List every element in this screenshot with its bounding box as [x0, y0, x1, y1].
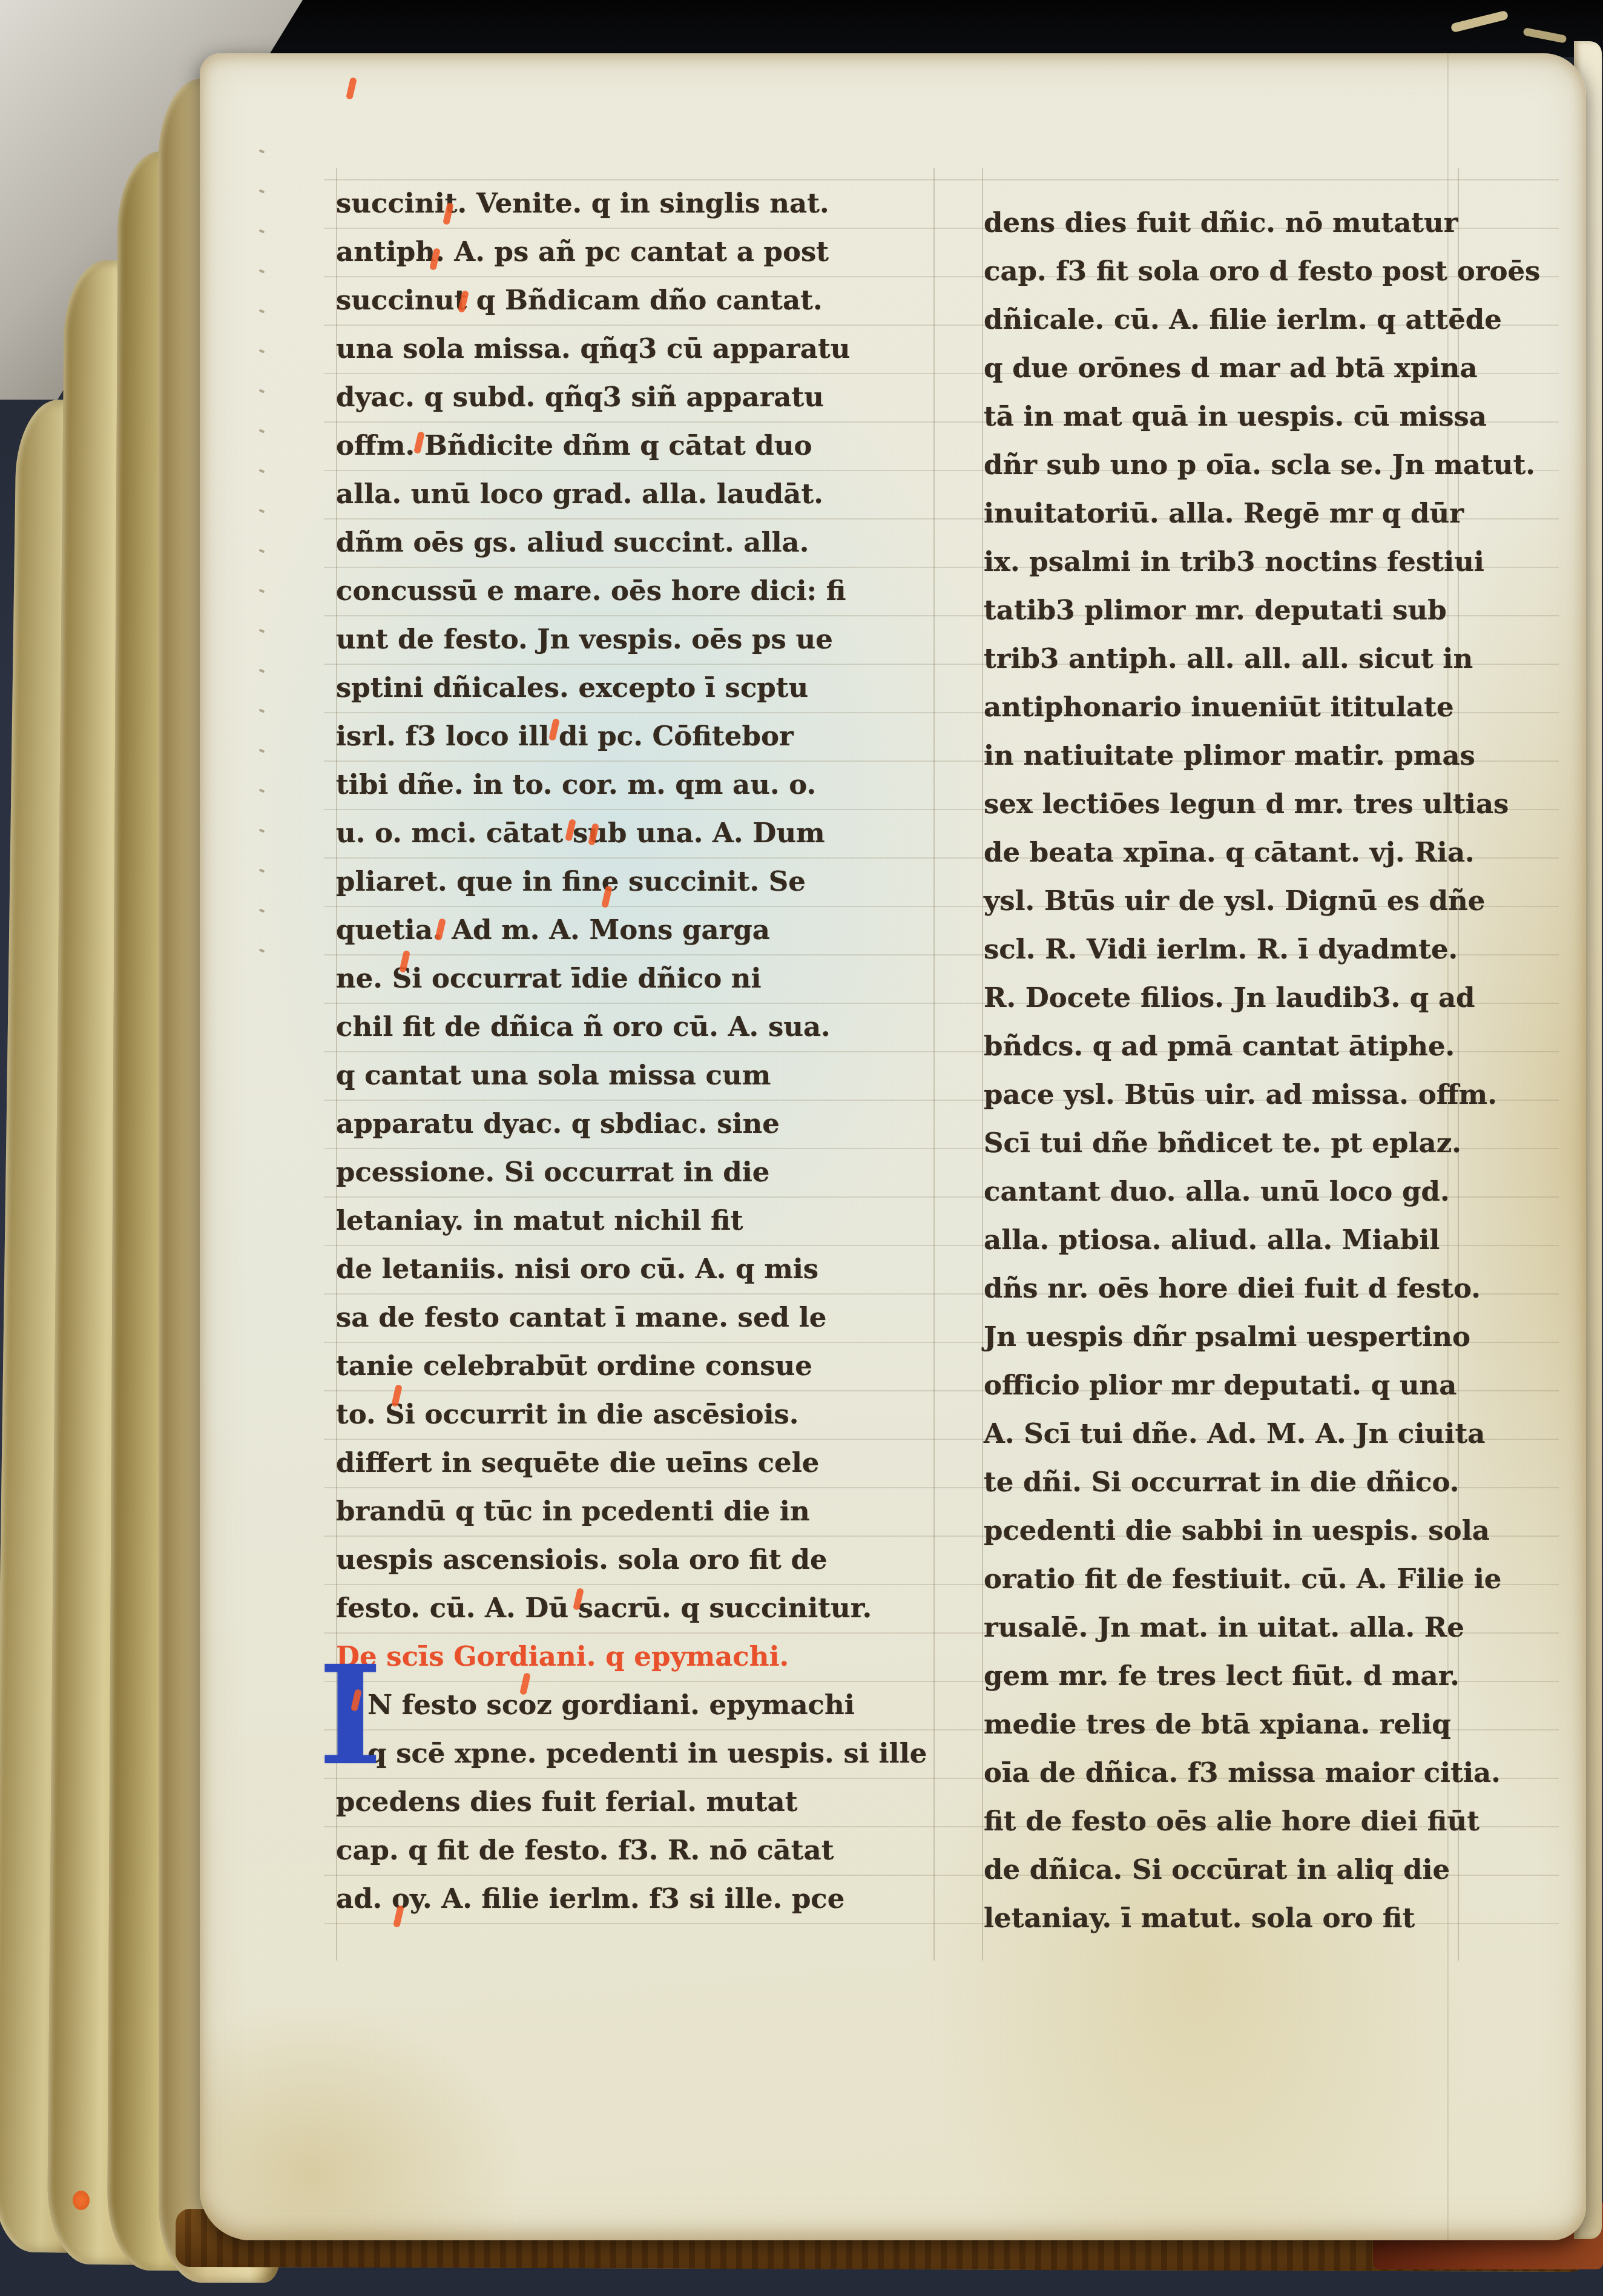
text-line: ix. psalmi in trib3 noctins festiui [984, 538, 1550, 586]
prick-mark [259, 509, 265, 513]
text-line: apparatu dyac. q sbdiac. sine [336, 1100, 938, 1148]
text-line: tibi dñe. in to. cor. m. qm au. o. [336, 760, 938, 809]
prick-mark [259, 868, 265, 873]
rubrication-mark [346, 77, 357, 100]
text-line: R. Docete filios. Jn laudib3. q ad [984, 974, 1550, 1022]
prick-mark [259, 269, 265, 273]
text-line: ad. oy. A. filie ierlm. f3 si ille. pce [336, 1875, 938, 1923]
text-line: pcedens dies fuit ferial. mutat [336, 1778, 938, 1826]
text-line: bñdcs. q ad pmā cantat ātiphe. [984, 1022, 1550, 1070]
text-line: inuitatoriū. alla. Regē mr q dūr [984, 489, 1550, 538]
text-line: letaniay. in matut nichil fit [336, 1196, 938, 1245]
text-line: Jn uespis dñr psalmi uespertino [984, 1313, 1550, 1361]
prick-mark [259, 189, 265, 193]
text-line: una sola missa. qñq3 cū apparatu [336, 325, 938, 373]
prick-mark [259, 149, 265, 153]
text-line: tatib3 plimor mr. deputati sub [984, 586, 1550, 635]
prick-mark [259, 668, 265, 673]
text-line: q due orōnes d mar ad btā xpina [984, 344, 1550, 392]
prick-mark [259, 389, 265, 393]
text-line: gem mr. fe tres lect fiūt. d mar. [984, 1652, 1550, 1700]
prick-mark [259, 429, 265, 433]
text-line: q scē xpne. pcedenti in uespis. si ille [336, 1729, 938, 1778]
text-line: officio plior mr deputati. q una [984, 1361, 1550, 1410]
rubric-line: De scīs Gordiani. q epymachi. [336, 1632, 938, 1681]
text-line: tā in mat quā in uespis. cū missa [984, 392, 1550, 441]
text-line: cap. f3 fit sola oro d festo post oroēs [984, 247, 1550, 295]
text-line: pliaret. que in fine succinit. Se [336, 857, 938, 906]
text-line: differt in sequēte die ueīns cele [336, 1439, 938, 1487]
text-line: Scī tui dñe bñdicet te. pt eplaz. [984, 1119, 1550, 1167]
prick-mark [259, 349, 265, 353]
manuscript-page: succinit. Venite. q in singlis nat.antip… [200, 53, 1586, 2240]
text-line: sa de festo cantat ī mane. sed le [336, 1293, 938, 1342]
text-line: cap. q fit de festo. f3. R. nō cātat [336, 1826, 938, 1875]
text-line: te dñi. Si occurrat in die dñico. [984, 1458, 1550, 1506]
prick-mark [259, 229, 265, 233]
text-line: rusalē. Jn mat. in uitat. alla. Re [984, 1603, 1550, 1652]
text-line: oīa de dñica. f3 missa maior citia. [984, 1749, 1550, 1797]
column-rule [982, 168, 983, 1961]
text-line: antiphonario inueniūt ititulate [984, 683, 1550, 731]
text-line: u. o. mci. cātat sub una. A. Dum [336, 809, 938, 857]
prick-mark [259, 908, 265, 912]
prick-mark [259, 628, 265, 633]
photograph-background: succinit. Venite. q in singlis nat.antip… [0, 0, 1603, 2296]
text-line: alla. unū loco grad. alla. laudāt. [336, 470, 938, 518]
right-text-column: dens dies fuit dñic. nō mutaturcap. f3 f… [984, 199, 1550, 1942]
text-line: oratio fit de festiuit. cū. A. Filie ie [984, 1555, 1550, 1603]
prick-mark [259, 589, 265, 593]
text-line: dyac. q subd. qñq3 siñ apparatu [336, 373, 938, 421]
text-line: de dñica. Si occūrat in aliq die [984, 1846, 1550, 1894]
text-line: festo. cū. A. Dū sacrū. q succinitur. [336, 1584, 938, 1632]
text-line: N festo scoz gordiani. epymachi [336, 1681, 938, 1729]
prick-mark [259, 788, 265, 793]
prick-mark [259, 708, 265, 713]
text-line: succinut q Bñdicam dño cantat. [336, 276, 938, 325]
illuminated-initial: I [318, 1655, 374, 1789]
text-line: alla. ptiosa. aliud. alla. Miabil [984, 1216, 1550, 1264]
text-line: pcessione. Si occurrat in die [336, 1148, 938, 1196]
text-line: medie tres de btā xpiana. reliq [984, 1700, 1550, 1749]
orange-stain [73, 2191, 90, 2210]
text-line: in natiuitate plimor matir. pmas [984, 731, 1550, 780]
text-line: fit de festo oēs alie hore diei fiūt [984, 1797, 1550, 1846]
text-line: dens dies fuit dñic. nō mutatur [984, 199, 1550, 247]
text-line: sex lectiōes legun d mr. tres ultias [984, 780, 1550, 828]
text-line: uespis ascensiois. sola oro fit de [336, 1536, 938, 1584]
text-line: offm. Bñdicite dñm q cātat duo [336, 421, 938, 470]
text-line: tanie celebrabūt ordine consue [336, 1342, 938, 1390]
text-line: to. Si occurrit in die ascēsiois. [336, 1390, 938, 1439]
text-line: pace ysl. Btūs uir. ad missa. offm. [984, 1070, 1550, 1119]
text-line: ne. Si occurrat īdie dñico ni [336, 954, 938, 1003]
text-line: q cantat una sola missa cum [336, 1051, 938, 1100]
text-line: succinit. Venite. q in singlis nat. [336, 179, 938, 228]
prick-mark [259, 828, 265, 833]
prick-mark [259, 309, 265, 313]
text-line: dñicale. cū. A. filie ierlm. q attēde [984, 295, 1550, 344]
text-line: isrl. f3 loco ill di pc. Cōfitebor [336, 712, 938, 760]
text-line: ysl. Btūs uir de ysl. Dignū es dñe [984, 877, 1550, 925]
text-line: de letaniis. nisi oro cū. A. q mis [336, 1245, 938, 1293]
left-text-column: succinit. Venite. q in singlis nat.antip… [336, 179, 938, 1923]
prick-mark [259, 948, 265, 952]
text-line: brandū q tūc in pcedenti die in [336, 1487, 938, 1536]
text-line: quetia. Ad m. A. Mons garga [336, 906, 938, 954]
text-line: concussū e mare. oēs hore dici: fi [336, 567, 938, 615]
text-line: de beata xpīna. q cātant. vj. Ria. [984, 828, 1550, 877]
text-line: scl. R. Vidi ierlm. R. ī dyadmte. [984, 925, 1550, 974]
text-line: pcedenti die sabbi in uespis. sola [984, 1506, 1550, 1555]
text-line: chil fit de dñica ñ oro cū. A. sua. [336, 1003, 938, 1051]
prick-mark [259, 469, 265, 473]
text-line: sptini dñicales. excepto ī scptu [336, 664, 938, 712]
text-line: A. Scī tui dñe. Ad. M. A. Jn ciuita [984, 1410, 1550, 1458]
text-line: trib3 antiph. all. all. all. sicut in [984, 635, 1550, 683]
text-line: unt de festo. Jn vespis. oēs ps ue [336, 615, 938, 664]
text-line: letaniay. ī matut. sola oro fit [984, 1894, 1550, 1942]
text-line: dñr sub uno p oīa. scla se. Jn matut. [984, 441, 1550, 489]
prick-mark [259, 549, 265, 553]
prick-mark [259, 748, 265, 753]
text-line: cantant duo. alla. unū loco gd. [984, 1167, 1550, 1216]
text-line: antiph. A. ps añ pc cantat a post [336, 228, 938, 276]
text-line: dñm oēs gs. aliud succint. alla. [336, 518, 938, 567]
text-line: dñs nr. oēs hore diei fuit d festo. [984, 1264, 1550, 1313]
